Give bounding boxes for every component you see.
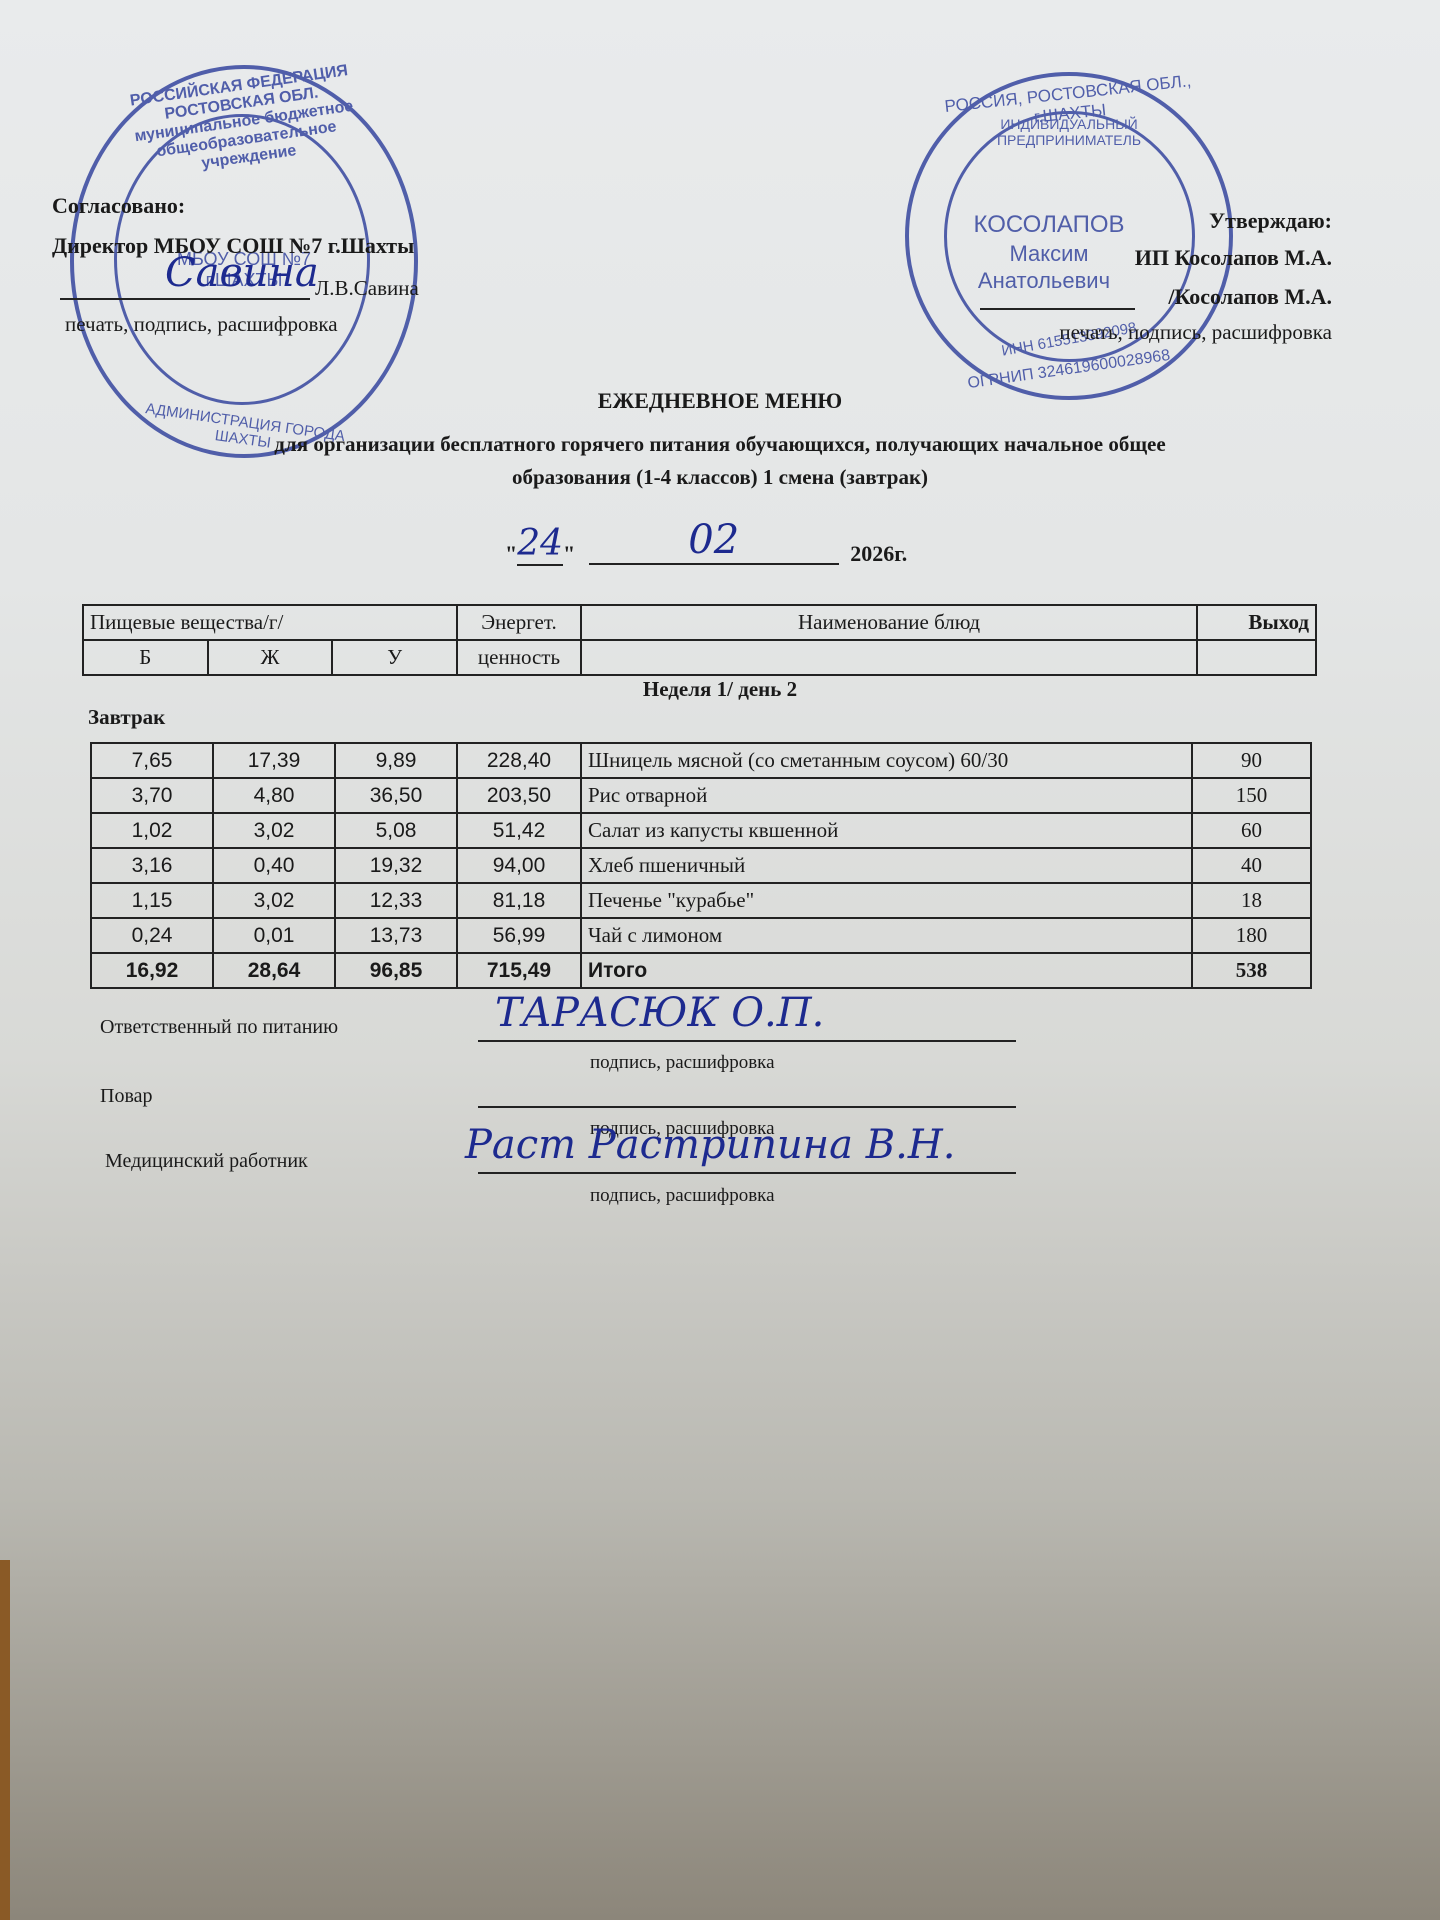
carbs-cell: 9,89: [335, 743, 457, 778]
protein-cell: 0,24: [91, 918, 213, 953]
table-row: 0,240,0113,7356,99Чай с лимоном180: [91, 918, 1311, 953]
fat-cell: 28,64: [213, 953, 335, 988]
fat-cell: 0,40: [213, 848, 335, 883]
approval-left-name: Л.В.Савина: [315, 276, 419, 301]
protein-cell: 16,92: [91, 953, 213, 988]
approval-right-name: /Косолапов М.А.: [1168, 284, 1332, 310]
table-row: 3,160,4019,3294,00Хлеб пшеничный40: [91, 848, 1311, 883]
desk-edge: [0, 1560, 10, 1920]
table-row: 1,153,0212,3381,18Печенье "курабье"18: [91, 883, 1311, 918]
date-row: "24" 02 2026г.: [505, 525, 907, 573]
header-dish-name: Наименование блюд: [581, 605, 1197, 640]
header-protein: Б: [83, 640, 208, 675]
dish-name-cell: Чай с лимоном: [581, 918, 1192, 953]
dish-name-cell: Хлеб пшеничный: [581, 848, 1192, 883]
school-stamp-outer-text: РОССИЙСКАЯ ФЕДЕРАЦИЯ РОСТОВСКАЯ ОБЛ. мун…: [99, 58, 389, 186]
carbs-cell: 13,73: [335, 918, 457, 953]
week-label: Неделя 1/ день 2: [0, 677, 1440, 702]
protein-cell: 3,16: [91, 848, 213, 883]
signature-caption-medical: подпись, расшифровка: [590, 1185, 775, 1207]
signature-line-nutrition: [478, 1040, 1016, 1042]
header-carbs: У: [332, 640, 457, 675]
yield-cell: 150: [1192, 778, 1311, 813]
fat-cell: 0,01: [213, 918, 335, 953]
carbs-cell: 5,08: [335, 813, 457, 848]
carbs-cell: 12,33: [335, 883, 457, 918]
approval-right-caption: печать, подпись, расшифровка: [1059, 320, 1332, 345]
approval-right-position: ИП Косолапов М.А.: [1135, 245, 1332, 271]
meal-label: Завтрак: [88, 705, 165, 730]
menu-header-table: Пищевые вещества/г/ Энергет. Наименовани…: [82, 604, 1317, 676]
approval-right-title: Утверждаю:: [1209, 208, 1332, 234]
approval-right-signature-line: [980, 308, 1135, 310]
fat-cell: 3,02: [213, 883, 335, 918]
energy-cell: 228,40: [457, 743, 581, 778]
fat-cell: 17,39: [213, 743, 335, 778]
signature-handwritten-nutrition: ТАРАСЮК О.П.: [495, 990, 824, 1036]
protein-cell: 3,70: [91, 778, 213, 813]
header-nutrients: Пищевые вещества/г/: [83, 605, 457, 640]
ip-stamp-name-1: КОСОЛАПОВ: [969, 211, 1129, 239]
energy-cell: 203,50: [457, 778, 581, 813]
header-energy-value: ценность: [457, 640, 581, 675]
header-yield: Выход: [1197, 605, 1316, 640]
yield-cell: 538: [1192, 953, 1311, 988]
date-day: 24: [517, 523, 563, 566]
protein-cell: 7,65: [91, 743, 213, 778]
signature-line-medical: [478, 1172, 1016, 1174]
signature-line-cook: [478, 1106, 1016, 1108]
approval-left-title: Согласовано:: [52, 193, 185, 219]
approval-left-caption: печать, подпись, расшифровка: [65, 312, 338, 337]
date-month: 02: [589, 517, 839, 565]
energy-cell: 56,99: [457, 918, 581, 953]
dish-name-cell: Печенье "курабье": [581, 883, 1192, 918]
energy-cell: 94,00: [457, 848, 581, 883]
yield-cell: 18: [1192, 883, 1311, 918]
ip-stamp-name-3: Анатольевич: [964, 268, 1124, 294]
protein-cell: 1,02: [91, 813, 213, 848]
carbs-cell: 19,32: [335, 848, 457, 883]
dish-name-cell: Салат из капусты квшенной: [581, 813, 1192, 848]
signature-role-medical: Медицинский работник: [105, 1150, 308, 1173]
document-subtitle-2: образования (1-4 классов) 1 смена (завтр…: [0, 465, 1440, 490]
document-subtitle-1: для организации бесплатного горячего пит…: [0, 432, 1440, 457]
header-empty-yield: [1197, 640, 1316, 675]
header-empty-name: [581, 640, 1197, 675]
yield-cell: 40: [1192, 848, 1311, 883]
signature-caption-nutrition: подпись, расшифровка: [590, 1052, 775, 1074]
approval-left-signature-line: [60, 298, 310, 300]
ip-stamp-middle-text: ИНДИВИДУАЛЬНЫЙ ПРЕДПРИНИМАТЕЛЬ: [959, 116, 1179, 148]
ip-stamp: РОССИЯ, РОСТОВСКАЯ ОБЛ., г.ШАХТЫ ИНДИВИД…: [905, 72, 1233, 400]
dish-name-cell: Шницель мясной (со сметанным соусом) 60/…: [581, 743, 1192, 778]
signature-role-cook: Повар: [100, 1085, 153, 1108]
yield-cell: 90: [1192, 743, 1311, 778]
signature-role-nutrition: Ответственный по питанию: [100, 1016, 338, 1039]
yield-cell: 60: [1192, 813, 1311, 848]
carbs-cell: 96,85: [335, 953, 457, 988]
header-fat: Ж: [208, 640, 333, 675]
menu-table: 7,6517,399,89228,40Шницель мясной (со см…: [90, 742, 1312, 989]
signature-handwritten-medical: Раст Растрипина В.Н.: [465, 1122, 955, 1168]
protein-cell: 1,15: [91, 883, 213, 918]
document-title: ЕЖЕДНЕВНОЕ МЕНЮ: [0, 388, 1440, 414]
table-row: 3,704,8036,50203,50Рис отварной150: [91, 778, 1311, 813]
dish-name-cell: Рис отварной: [581, 778, 1192, 813]
energy-cell: 51,42: [457, 813, 581, 848]
yield-cell: 180: [1192, 918, 1311, 953]
fat-cell: 3,02: [213, 813, 335, 848]
table-row: 1,023,025,0851,42Салат из капусты квшенн…: [91, 813, 1311, 848]
approval-left-signature: Савина: [165, 250, 319, 296]
total-row: 16,9228,6496,85715,49Итого538: [91, 953, 1311, 988]
fat-cell: 4,80: [213, 778, 335, 813]
dish-name-cell: Итого: [581, 953, 1192, 988]
ip-stamp-name-2: Максим: [969, 241, 1129, 267]
header-energy: Энергет.: [457, 605, 581, 640]
date-year: 2026г.: [850, 541, 907, 566]
carbs-cell: 36,50: [335, 778, 457, 813]
table-row: 7,6517,399,89228,40Шницель мясной (со см…: [91, 743, 1311, 778]
energy-cell: 81,18: [457, 883, 581, 918]
energy-cell: 715,49: [457, 953, 581, 988]
